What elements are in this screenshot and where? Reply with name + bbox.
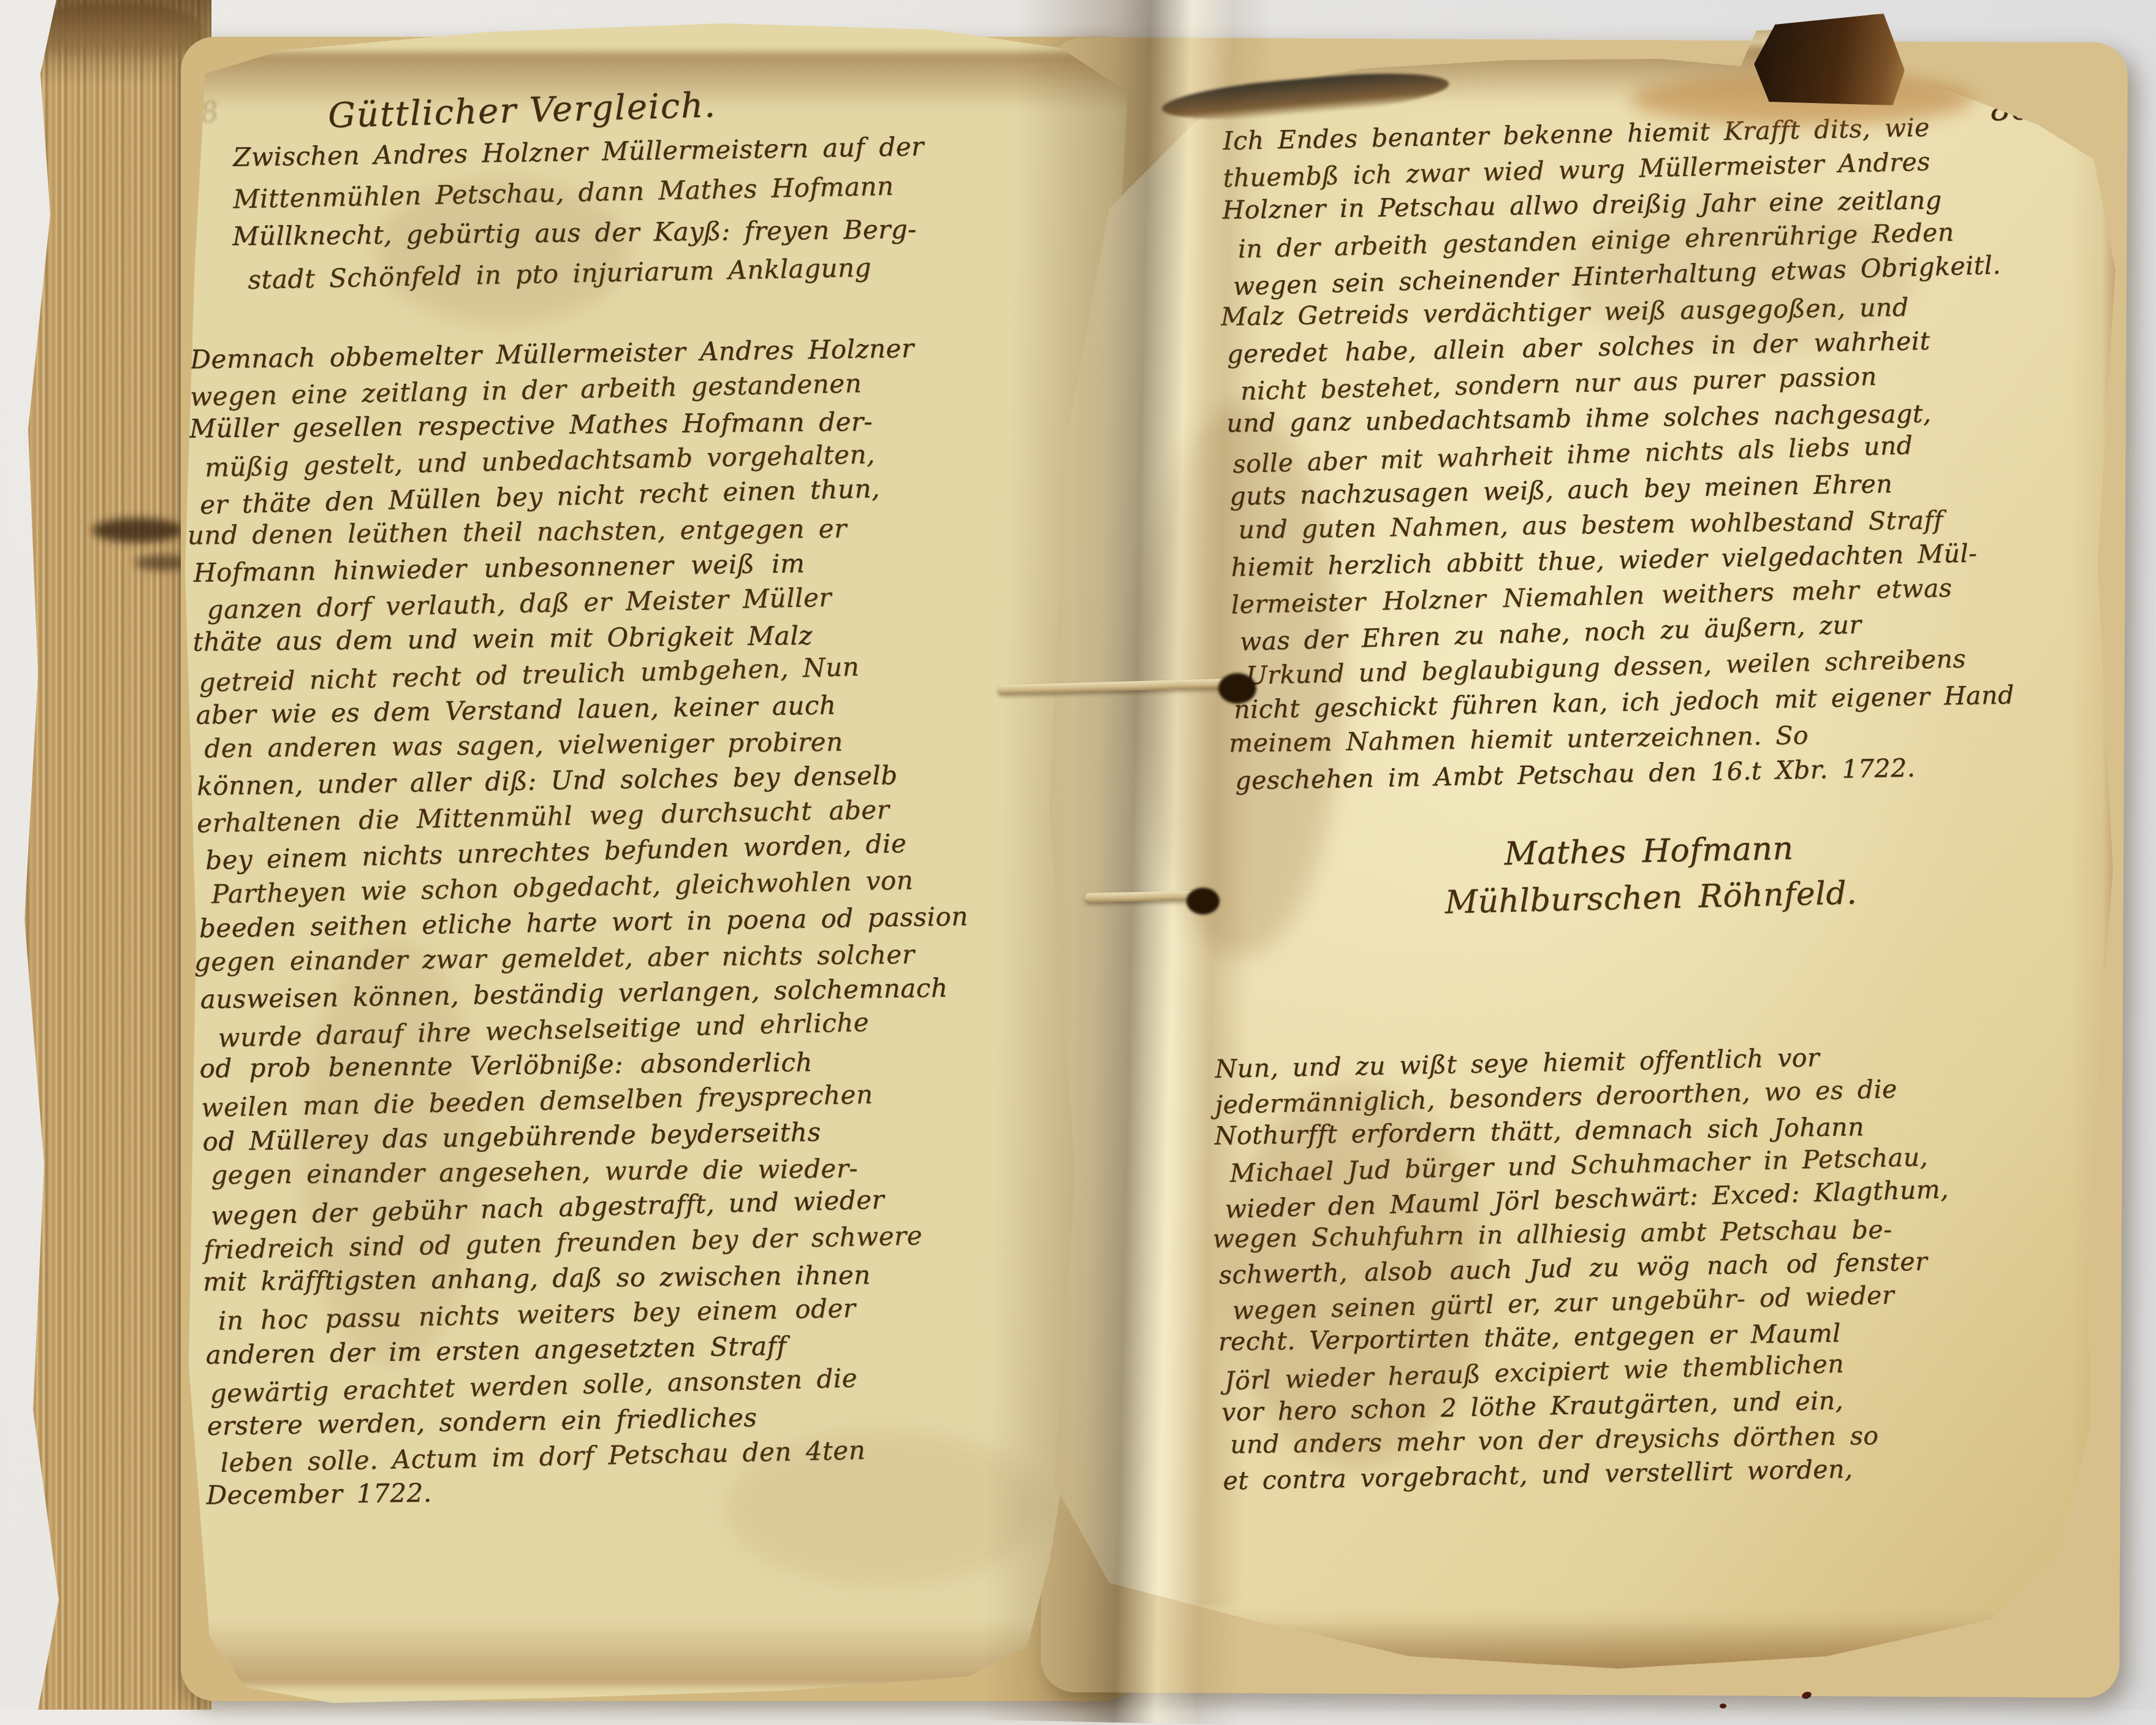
burn-mark [92, 518, 184, 543]
binding-hole [1218, 673, 1256, 704]
ink-droplet [1720, 1704, 1726, 1708]
second-entry-block: Nun, und zu wißt seye hiemit offentlich … [1215, 1040, 1947, 1501]
photo-backdrop: 28 Güttlicher Vergleich. Zwischen Andres… [0, 0, 2156, 1710]
burnt-tab [1754, 13, 1905, 105]
book-cover-edge [25, 4, 202, 62]
book-fore-edge-stack [0, 0, 211, 1710]
declaration-block: Ich Endes benanter bekenne hiemit Krafft… [1223, 112, 2016, 802]
settlement-body-block: Demnach obbemelter Müllermeister Andres … [190, 332, 977, 1517]
parties-intro-block: Zwischen Andres Holzner Müllermeistern a… [233, 131, 926, 304]
binding-hole [1186, 888, 1220, 915]
signature-block: Mathes HofmannMühlburschen Röhnfeld. [1361, 828, 1938, 932]
gutter-shadow [981, 0, 1274, 1710]
